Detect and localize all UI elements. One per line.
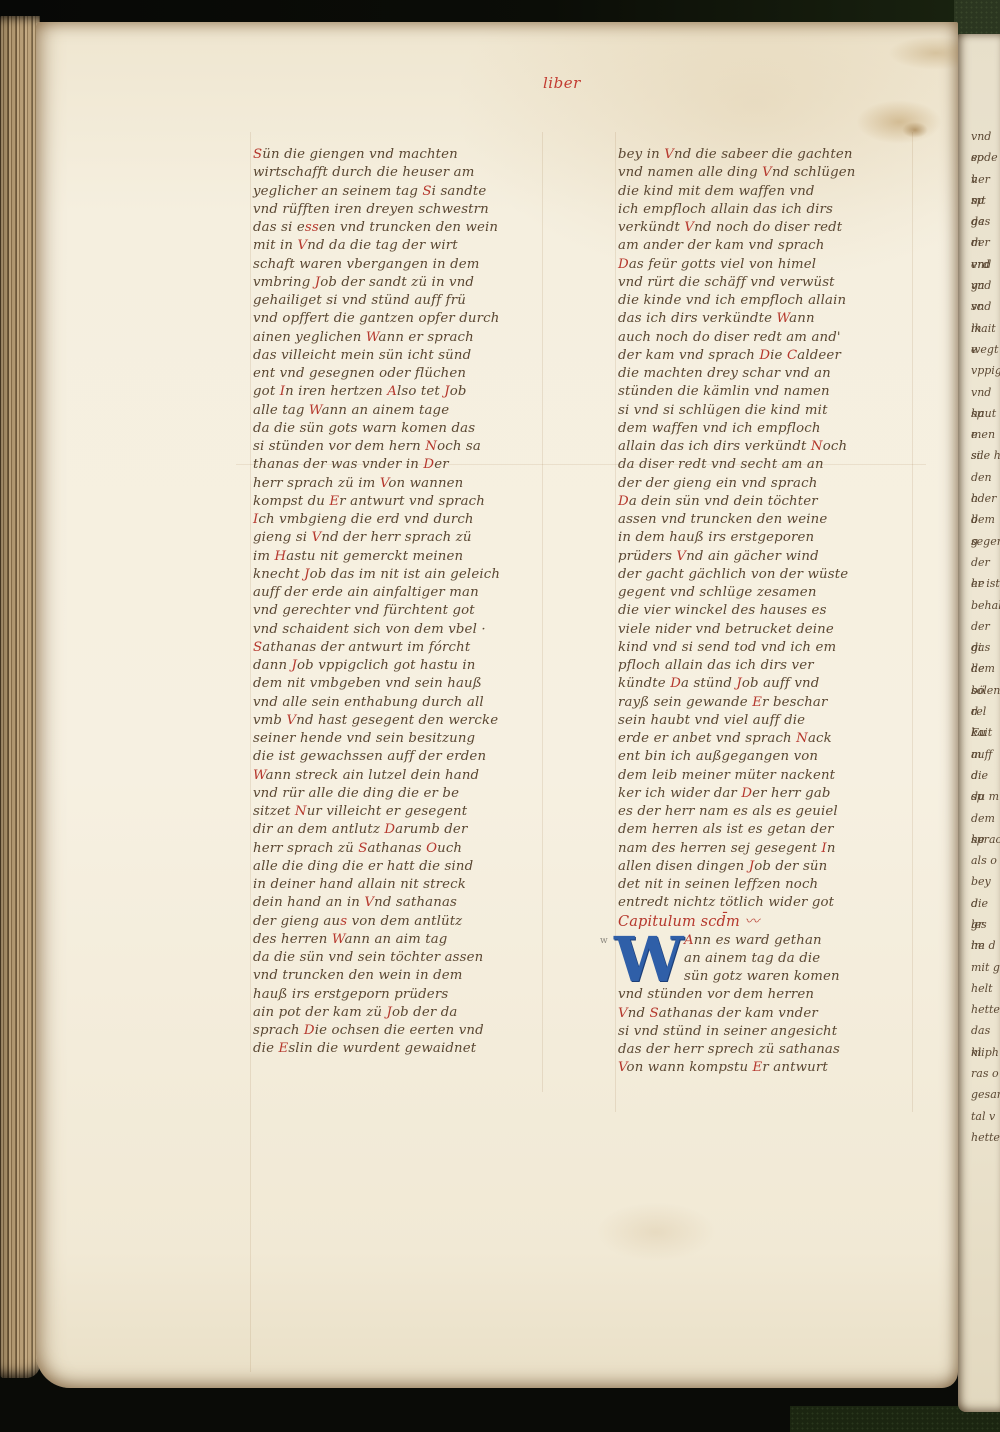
text-line: rayß sein gewande Er beschar (618, 694, 908, 712)
text-line: auch noch do diser redt am and' (618, 329, 908, 347)
text-line: hauß irs erstgeporn prüders (253, 986, 539, 1004)
text-line: vnd schaident sich von dem vbel · (253, 621, 539, 639)
text-line: auff der erde ain ainfaltiger man (253, 584, 539, 602)
text-line: tal v (971, 1106, 1000, 1127)
text-line: Von wann kompstu Er antwurt (618, 1059, 908, 1077)
text-line: Das feür gotts viel von himel (618, 256, 908, 274)
text-line: les he (971, 914, 1000, 935)
text-line: men sc (971, 424, 1000, 445)
text-line: Sün die giengen vnd machten (253, 146, 539, 164)
text-line: als o (971, 850, 1000, 871)
text-line: bey d (971, 871, 1000, 892)
text-line: si stünden vor dem hern Noch sa (253, 438, 539, 456)
text-line: her sp (971, 169, 1000, 190)
text-line: seiner hende vnd sein besitzung (253, 730, 539, 748)
text-line: vnd rür alle die ding die er be (253, 785, 539, 803)
text-line: mit in Vnd da die tag der wirt (253, 237, 539, 255)
text-line: Ann es ward gethan (684, 932, 908, 950)
text-line: dem herren als ist es getan der (618, 821, 908, 839)
text-line: da die sün vnd sein töchter assen (253, 949, 539, 967)
text-line: ker ich wider dar Der herr gab (618, 785, 908, 803)
text-line: auff d (971, 744, 1000, 765)
book-page-edges (0, 16, 40, 1378)
text-line: sein haubt vnd viel auff die (618, 712, 908, 730)
illuminated-initial: W (614, 934, 676, 990)
text-line: wegt (971, 339, 1000, 360)
text-line: die machten drey schar vnd an (618, 365, 908, 383)
text-line: dem he (971, 808, 1000, 829)
text-line: ent bin ich außgegangen von (618, 748, 908, 766)
text-line: der kam vnd sprach Die Caldeer (618, 347, 908, 365)
text-column-left: Sün die giengen vnd machtenwirtschafft d… (253, 146, 539, 1059)
text-line: Sathanas der antwurt im fórcht (253, 639, 539, 657)
text-line: assen vnd truncken den weine (618, 511, 908, 529)
text-line: der gi (971, 616, 1000, 637)
text-line: sile h (971, 445, 1000, 466)
text-line: schaft waren vbergangen in dem (253, 256, 539, 274)
text-line: dir an dem antlutz Darumb der (253, 821, 539, 839)
text-column-right: bey in Vnd die sabeer die gachtenvnd nam… (618, 146, 908, 1078)
text-line: ent vnd gesegnen oder flüchen (253, 365, 539, 383)
text-line: die gr (971, 893, 1000, 914)
text-line: vnd sp (971, 382, 1000, 403)
text-line: mit g (971, 957, 1000, 978)
text-line: er ist (971, 573, 1000, 594)
text-line: kait m (971, 722, 1000, 743)
text-line: sün gotz waren komen (684, 968, 908, 986)
text-line: herr sprach zü im Von wannen (253, 475, 539, 493)
text-line: im d (971, 935, 1000, 956)
text-line: si vnd stünd in seiner angesicht (618, 1023, 908, 1041)
text-line: entredt nichtz tötlich wider got (618, 894, 908, 912)
text-line: behalt (971, 595, 1000, 616)
text-line: thanas der was vnder in Der (253, 456, 539, 474)
text-line: vnd ga (971, 254, 1000, 275)
text-line: dem g (971, 509, 1000, 530)
text-line: hetten (971, 999, 1000, 1020)
ruling-line (542, 132, 543, 1092)
text-line: viele nider vnd betrucket deine (618, 621, 908, 639)
text-line: allain das ich dirs verkündt Noch (618, 438, 908, 456)
text-line: dann Job vppigclich got hastu in (253, 657, 539, 675)
text-line: oder b (971, 488, 1000, 509)
text-line: der gacht gächlich von der wüste (618, 566, 908, 584)
text-line: das m (971, 211, 1000, 232)
text-line: vnd sc (971, 275, 1000, 296)
text-line: vnd rürt die schäff vnd verwüst (618, 274, 908, 292)
text-line: herr sprach zü Sathanas Ouch (253, 840, 539, 858)
text-line: alle die ding die er hatt die sind (253, 858, 539, 876)
text-line: Vnd Sathanas der kam vnder (618, 1005, 908, 1023)
text-line: sprach (971, 829, 1000, 850)
text-line: pfloch allain das ich dirs ver (618, 657, 908, 675)
text-line: kind vnd si send tod vnd ich em (618, 639, 908, 657)
text-line: mt ge (971, 190, 1000, 211)
text-line: kompst du Er antwurt vnd sprach (253, 493, 539, 511)
text-line: vppig (971, 360, 1000, 381)
page-stain (596, 1202, 716, 1262)
text-line: dein hand an in Vnd sathanas (253, 894, 539, 912)
text-line: du m (971, 786, 1000, 807)
text-block: bey in Vnd die sabeer die gachtenvnd nam… (618, 146, 908, 913)
text-line: nam des herren sej gesegent In (618, 840, 908, 858)
text-line: da die sün gots warn komen das (253, 420, 539, 438)
text-line: segent (971, 531, 1000, 552)
text-line: die Eslin die wurdent gewaidnet (253, 1040, 539, 1058)
text-line: gieng si Vnd der herr sprach zü (253, 529, 539, 547)
text-line: der der gieng ein vnd sprach (618, 475, 908, 493)
text-line: vmbring Job der sandt zü in vnd (253, 274, 539, 292)
text-line: ain pot der kam zü Job der da (253, 1004, 539, 1022)
text-line: vnd truncken den wein in dem (253, 967, 539, 985)
text-line: alle tag Wann an ainem tage (253, 402, 539, 420)
text-line: rel Eu (971, 701, 1000, 722)
text-line: das ich dirs verkündte Wann (618, 310, 908, 328)
ruling-line (912, 132, 913, 1112)
text-line: wirtschafft durch die heuser am (253, 164, 539, 182)
text-line: der gieng aus von dem antlütz (253, 913, 539, 931)
text-line: sitzet Nur villeicht er gesegent (253, 803, 539, 821)
text-line: dem nit vmbgeben vnd sein hauß (253, 675, 539, 693)
text-line: der he (971, 552, 1000, 573)
text-line: dem leib meiner müter nackent (618, 767, 908, 785)
text-line: da diser redt vnd secht am an (618, 456, 908, 474)
text-line: vnd alle sein enthabung durch all (253, 694, 539, 712)
guide-letter: w (600, 936, 608, 946)
text-line: stünden die kämlin vnd namen (618, 383, 908, 401)
text-line: an ainem tag da die (684, 950, 908, 968)
text-line: der erd (971, 232, 1000, 253)
text-line: got In iren hertzen Also tet Job (253, 383, 539, 401)
text-line: am ander der kam vnd sprach (618, 237, 908, 255)
text-line: vnd namen alle ding Vnd schlügen (618, 164, 908, 182)
text-line: das he (971, 637, 1000, 658)
chapter-opening: w W Ann es ward gethanan ainem tag da di… (618, 932, 908, 1078)
text-line: ainen yeglichen Wann er sprach (253, 329, 539, 347)
text-line: gehailiget si vnd stünd auff frü (253, 292, 539, 310)
text-line: im Hastu nit gemerckt meinen (253, 548, 539, 566)
text-line: sprach Die ochsen die eerten vnd (253, 1022, 539, 1040)
next-page-edge: vnd speode vher spmt gedas mder erdvnd g… (958, 34, 1000, 1412)
manuscript-page: liber Sün die giengen vnd machtenwirtsch… (36, 22, 958, 1388)
text-line: die ist gewachssen auff der erden (253, 748, 539, 766)
text-line: das si essen vnd truncken den wein (253, 219, 539, 237)
text-line: es der herr nam es als es geuiel (618, 803, 908, 821)
text-line: in dem hauß irs erstgeporen (618, 529, 908, 547)
text-line: vmb Vnd hast gesegent den wercke (253, 712, 539, 730)
text-line: erde er anbet vnd sprach Nack (618, 730, 908, 748)
text-line: Ich vmbgieng die erd vnd durch (253, 511, 539, 529)
next-page-text-fragments: vnd speode vher spmt gedas mder erdvnd g… (971, 126, 1000, 1166)
text-line: das villeicht mein sün icht sünd (253, 347, 539, 365)
text-line: verkündt Vnd noch do diser redt (618, 219, 908, 237)
text-line: prüders Vnd ain gächer wind (618, 548, 908, 566)
text-line: gesam (971, 1084, 1000, 1105)
text-line: knecht Job das im nit ist ain geleich (253, 566, 539, 584)
text-line: kliph (971, 1042, 1000, 1063)
text-line: die sp (971, 765, 1000, 786)
text-line: helt (971, 978, 1000, 999)
text-line: das m (971, 1020, 1000, 1041)
text-line: hetten (971, 1127, 1000, 1148)
text-line: vnd rüfften iren dreyen schwestrn (253, 201, 539, 219)
ruling-line (250, 132, 251, 1372)
text-line: die kinde vnd ich empfloch allain (618, 292, 908, 310)
text-line: ras o (971, 1063, 1000, 1084)
text-line: det nit in seinen leffzen noch (618, 876, 908, 894)
text-below-initial: vnd stünden vor dem herrenVnd Sathanas d… (618, 986, 908, 1077)
text-line: dem bö (971, 658, 1000, 679)
text-line: den h (971, 467, 1000, 488)
text-line: das der herr sprech zü sathanas (618, 1041, 908, 1059)
text-line: gegent vnd schlüge zesamen (618, 584, 908, 602)
text-line: des herren Wann an aim tag (253, 931, 539, 949)
text-line: si vnd si schlügen die kind mit (618, 402, 908, 420)
page-stain (902, 122, 928, 138)
text-line: lkait e (971, 318, 1000, 339)
text-line: Wann streck ain lutzel dein hand (253, 767, 539, 785)
text-line: vnd gerechter vnd fürchtent got (253, 602, 539, 620)
text-line: allen disen dingen Job der sün (618, 858, 908, 876)
text-line: die kind mit dem waffen vnd (618, 183, 908, 201)
running-title: liber (543, 74, 581, 92)
text-line: solen d (971, 680, 1000, 701)
rubric-flourish: 〰 (745, 914, 758, 930)
text-line: eode v (971, 147, 1000, 168)
text-line: in deiner hand allain nit streck (253, 876, 539, 894)
manuscript-photo: liber Sün die giengen vnd machtenwirtsch… (0, 0, 1000, 1432)
text-line: vnd sp (971, 126, 1000, 147)
text-line: kündte Da stünd Job auff vnd (618, 675, 908, 693)
page-stain (856, 100, 942, 144)
text-line: yeglicher an seinem tag Si sandte (253, 183, 539, 201)
text-line: die vier winckel des hauses es (618, 602, 908, 620)
text-line: vnd opffert die gantzen opfer durch (253, 310, 539, 328)
text-line: Da dein sün vnd dein töchter (618, 493, 908, 511)
text-line: vnd m (971, 296, 1000, 317)
text-line: dem waffen vnd ich empfloch (618, 420, 908, 438)
text-line: haut e (971, 403, 1000, 424)
text-line: bey in Vnd die sabeer die gachten (618, 146, 908, 164)
text-line: ich empfloch allain das ich dirs (618, 201, 908, 219)
